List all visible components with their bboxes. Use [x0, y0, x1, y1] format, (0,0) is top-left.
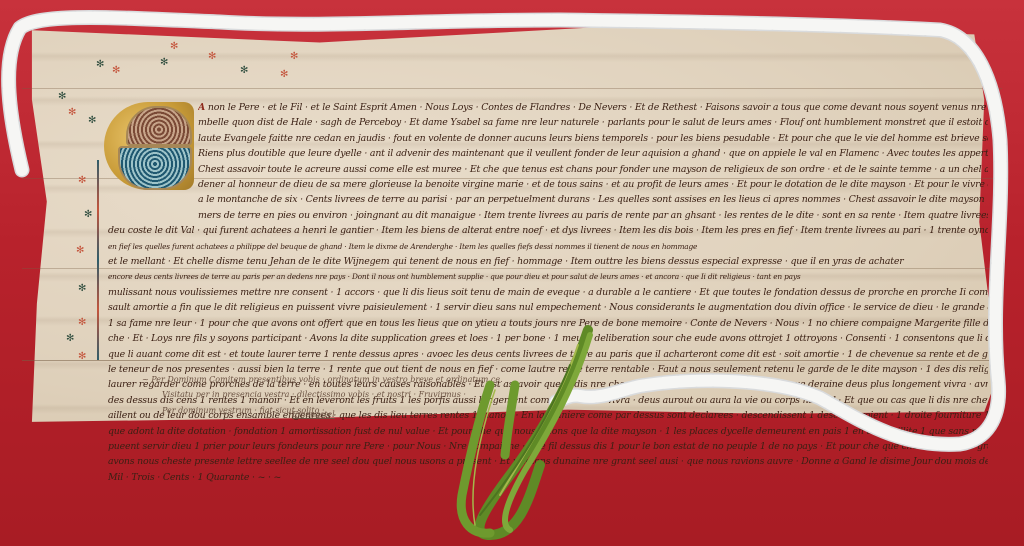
text-line: dener al honneur de dieu de sa mere glor… [198, 177, 988, 192]
marginal-flower-icon: ✻ [76, 246, 84, 256]
marginal-flower-icon: ✻ [78, 352, 86, 362]
text-line: et le mellant · Et chelle disme tenu Jeh… [108, 254, 988, 269]
photo-scene: ✻ ✻ ✻ ✻ ✻ ✻ ✻ ✻ ✻ ✻ ✻ ✻ ✻ ✻ ✻ ✻ ✻ ✻ A no… [0, 0, 1024, 546]
illuminated-initial [104, 102, 194, 190]
marginal-flower-icon: ✻ [240, 66, 248, 76]
text-line-interlinear: en fief les quelles furent achatees a ph… [108, 239, 988, 254]
text-line: mulissant nous voulissiemes mettre nre c… [108, 285, 988, 300]
marginal-flower-icon: ✻ [280, 70, 288, 80]
text-line: Riens plus doutible que leure dyelle · a… [198, 146, 988, 161]
marginal-flower-icon: ✻ [208, 52, 216, 62]
text-line: mers de terre en pies ou environ · joing… [198, 208, 988, 223]
text-line: A non le Pere · et le Fil · et le Saint … [198, 100, 988, 115]
marginal-flower-icon: ✻ [96, 60, 104, 70]
text-line: sault amortie a fin que le dit religieus… [108, 300, 988, 315]
text-line: laute Evangele faitte nre cedan en jaudi… [198, 131, 988, 146]
marginal-flower-icon: ✻ [78, 284, 86, 294]
marginal-flower-icon: ✻ [78, 318, 86, 328]
text-line-interlinear: encore deus cents livrees de terre au pa… [108, 269, 988, 284]
text-line: mbelle quon dist de Hale · sagh de Perce… [198, 115, 988, 130]
marginal-flower-icon: ✻ [58, 92, 66, 102]
chancery-note: ~ Per Dominum Comitem presentibus vobis … [142, 375, 503, 384]
marginal-flower-icon: ✻ [66, 334, 74, 344]
chancery-signature: Emenastel [292, 410, 335, 419]
text-line: a le montanche de six · Cents livrees de… [198, 192, 988, 207]
text-line: Chest assavoir toute le acreure aussi co… [198, 162, 988, 177]
marginal-flower-icon: ✻ [88, 116, 96, 126]
chancery-note: Visitatu per in presencia vestra · dilec… [162, 390, 466, 399]
marginal-flower-icon: ✻ [112, 66, 120, 76]
initial-lower-panel [118, 146, 192, 190]
marginal-flower-icon: ✻ [78, 176, 86, 186]
parchment-fold [22, 88, 1002, 89]
marginal-flower-icon: ✻ [290, 52, 298, 62]
marginal-flower-icon: ✻ [68, 108, 76, 118]
marginal-flower-icon: ✻ [84, 210, 92, 220]
marginal-flower-icon: ✻ [160, 58, 168, 68]
green-silk-seal-tassel [450, 325, 620, 540]
text-line: deu coste le dit Val · qui furent achate… [108, 223, 988, 238]
marginal-flower-icon: ✻ [170, 42, 178, 52]
marginal-vine [97, 160, 99, 360]
initial-upper-panel [126, 106, 192, 146]
